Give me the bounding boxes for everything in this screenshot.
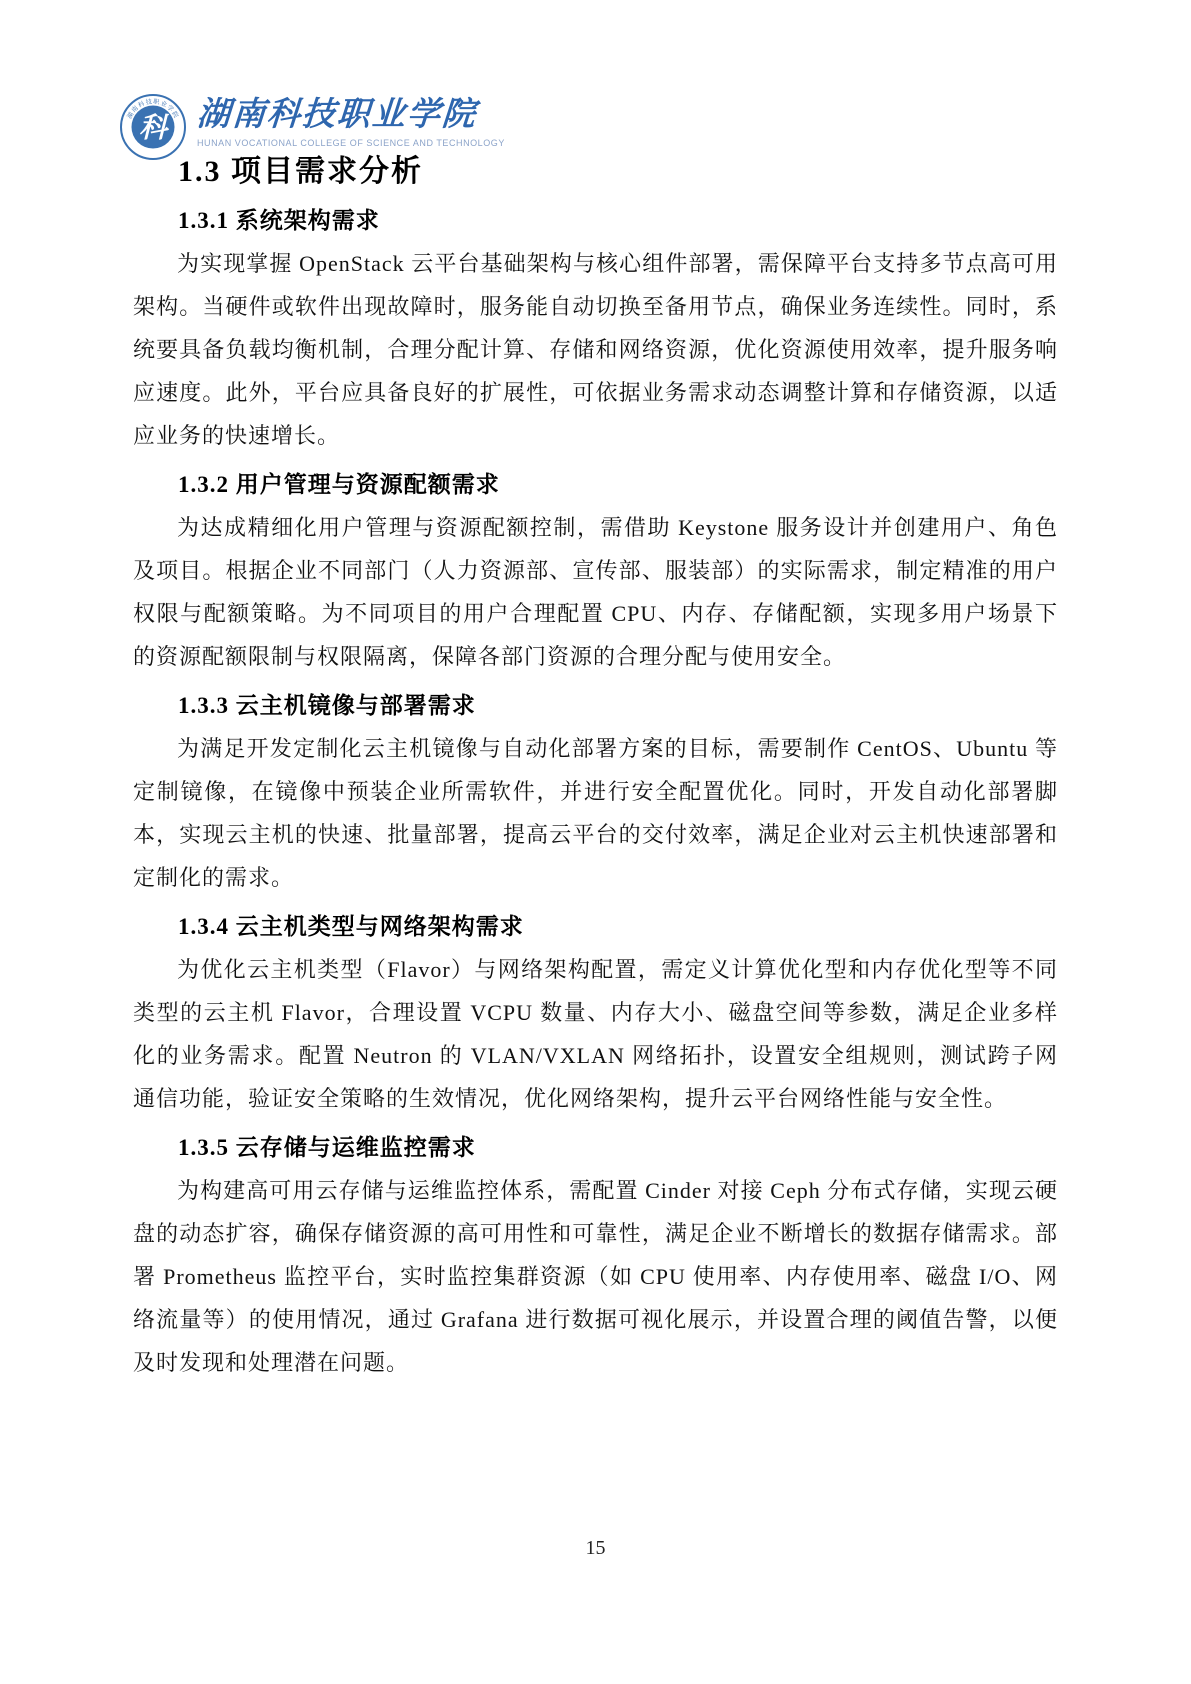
section-paragraph-4: 为优化云主机类型（Flavor）与网络架构配置，需定义计算优化型和内存优化型等不… <box>133 948 1058 1120</box>
section-heading-3: 1.3.3 云主机镜像与部署需求 <box>133 684 1058 727</box>
college-name: 湖南科技职业学院 <box>196 95 507 135</box>
section-paragraph-1: 为实现掌握 OpenStack 云平台基础架构与核心组件部署，需保障平台支持多节… <box>133 242 1058 457</box>
section-heading-5: 1.3.5 云存储与运维监控需求 <box>133 1126 1058 1169</box>
document-content: 1.3 项目需求分析 1.3.1 系统架构需求 为实现掌握 OpenStack … <box>133 150 1058 1384</box>
page-number: 15 <box>0 1537 1191 1560</box>
section-heading-1: 1.3.1 系统架构需求 <box>133 199 1058 242</box>
page-title: 1.3 项目需求分析 <box>133 150 1058 193</box>
section-paragraph-2: 为达成精细化用户管理与资源配额控制，需借助 Keystone 服务设计并创建用户… <box>133 506 1058 678</box>
section-heading-2: 1.3.2 用户管理与资源配额需求 <box>133 463 1058 506</box>
document-page: 湖南科技职业学院 HUNAN VOCATIONAL COLLEGE OF SCI… <box>0 0 1191 1684</box>
emblem-glyph: 科 <box>139 113 170 144</box>
college-english-name: HUNAN VOCATIONAL COLLEGE OF SCIENCE AND … <box>197 138 505 149</box>
section-paragraph-3: 为满足开发定制化云主机镜像与自动化部署方案的目标，需要制作 CentOS、Ubu… <box>133 727 1058 899</box>
logo-text-block: 湖南科技职业学院 HUNAN VOCATIONAL COLLEGE OF SCI… <box>197 93 505 149</box>
section-paragraph-5: 为构建高可用云存储与运维监控体系，需配置 Cinder 对接 Ceph 分布式存… <box>133 1169 1058 1384</box>
section-heading-4: 1.3.4 云主机类型与网络架构需求 <box>133 905 1058 948</box>
